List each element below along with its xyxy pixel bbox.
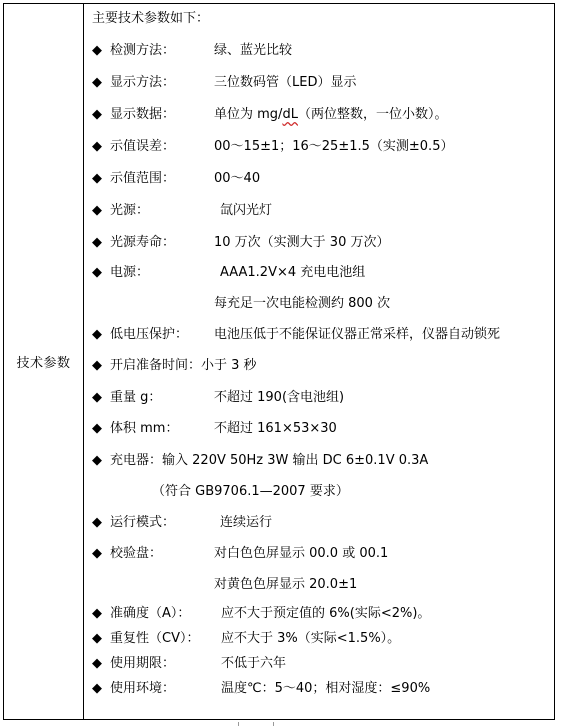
spec-item-volume: ◆体积 mm： 不超过 161×53×30 (92, 419, 178, 439)
spec-value: 三位数码管（LED）显示 (214, 73, 356, 93)
spec-key: 体积 mm： (110, 419, 178, 439)
spec-key: 示值范围： (110, 169, 175, 189)
spec-value: 应不大于预定值的 6%(实际<2%)。 (221, 604, 430, 624)
spec-key: 重复性（CV）： (110, 629, 199, 649)
spec-key: 校验盘： (110, 544, 162, 564)
spec-key: 光源： (110, 201, 149, 221)
spec-value: 电池压低于不能保证仪器正常采样，仪器自动锁死 (214, 325, 500, 345)
spec-item-accuracy: ◆准确度（A）： 应不大于预定值的 6%(实际<2%)。 (92, 604, 190, 624)
spec-value: 输入 220V 50Hz 3W 输出 DC 6±0.1V 0.3A (162, 453, 428, 468)
spec-value: 小于 3 秒 (201, 358, 257, 373)
diamond-bullet-icon: ◆ (92, 73, 110, 93)
spec-key: 准确度（A）： (110, 604, 190, 624)
spec-item-power: ◆电源： AAA1.2V×4 充电电池组 (92, 263, 149, 283)
spec-value: 氙闪光灯 (220, 201, 272, 221)
spec-key: 重量 g： (110, 388, 161, 408)
diamond-bullet-icon: ◆ (92, 41, 110, 61)
spec-item-detection-method: ◆检测方法： 绿、蓝光比较 (92, 41, 175, 61)
spec-key: 运行模式： (110, 513, 175, 533)
spec-continuation: 每充足一次电能检测约 800 次 (214, 294, 390, 314)
spec-item-calibration: ◆校验盘： 对白色色屏显示 00.0 或 00.1 (92, 544, 162, 564)
diamond-bullet-icon: ◆ (92, 388, 110, 408)
intro-text: 主要技术参数如下： (92, 9, 209, 29)
spec-value: 不超过 161×53×30 (214, 419, 337, 439)
spec-value: 应不大于 3%（实际<1.5%）。 (221, 629, 400, 649)
diamond-bullet-icon: ◆ (92, 325, 110, 345)
spec-key: 检测方法： (110, 41, 175, 61)
spec-value: 00～40 (214, 169, 260, 189)
diamond-bullet-icon: ◆ (92, 263, 110, 283)
spec-item-weight: ◆重量 g： 不超过 190(含电池组) (92, 388, 161, 408)
spec-value: 不低于六年 (221, 654, 286, 674)
diamond-bullet-icon: ◆ (92, 604, 110, 624)
spec-item-light-life: ◆光源寿命： 10 万次（实测大于 30 万次） (92, 233, 175, 253)
diamond-bullet-icon: ◆ (92, 356, 110, 376)
spec-value: 连续运行 (220, 513, 272, 533)
diamond-bullet-icon: ◆ (92, 169, 110, 189)
diamond-bullet-icon: ◆ (92, 513, 110, 533)
spec-item-service-life: ◆使用期限： 不低于六年 (92, 654, 175, 674)
spec-value: 温度℃：5～40；相对湿度：≤90% (221, 679, 430, 699)
spec-item-display-data: ◆显示数据： 单位为 mg/dL（两位整数，一位小数）。 (92, 105, 175, 125)
spec-table: 技术参数 主要技术参数如下： ◆检测方法： 绿、蓝光比较 ◆显示方法： 三位数码… (3, 3, 555, 720)
spec-key: 低电压保护： (110, 325, 188, 345)
diamond-bullet-icon: ◆ (92, 233, 110, 253)
spec-item-charger: ◆充电器：输入 220V 50Hz 3W 输出 DC 6±0.1V 0.3A (92, 451, 428, 471)
spec-value: AAA1.2V×4 充电电池组 (220, 263, 365, 283)
row-label: 技术参数 (16, 352, 70, 371)
spec-item-low-voltage: ◆低电压保护： 电池压低于不能保证仪器正常采样，仪器自动锁死 (92, 325, 188, 345)
diamond-bullet-icon: ◆ (92, 629, 110, 649)
diamond-bullet-icon: ◆ (92, 544, 110, 564)
spec-key: 示值误差： (110, 137, 175, 157)
spec-continuation: 对黄色色屏显示 20.0±1 (214, 575, 357, 595)
spec-value: 不超过 190(含电池组) (214, 388, 344, 408)
spec-item-repeatability: ◆重复性（CV）： 应不大于 3%（实际<1.5%）。 (92, 629, 199, 649)
spec-continuation: （符合 GB9706.1—2007 要求） (152, 482, 349, 502)
spec-key: 光源寿命： (110, 233, 175, 253)
spec-item-display-method: ◆显示方法： 三位数码管（LED）显示 (92, 73, 175, 93)
diamond-bullet-icon: ◆ (92, 451, 110, 471)
diamond-bullet-icon: ◆ (92, 654, 110, 674)
spec-key: 充电器： (110, 451, 162, 471)
spec-item-light-source: ◆光源： 氙闪光灯 (92, 201, 149, 221)
spec-key: 显示方法： (110, 73, 175, 93)
spec-item-error: ◆示值误差： 00～15±1；16～25±1.5（实测±0.5） (92, 137, 175, 157)
spec-key: 显示数据： (110, 105, 175, 125)
spec-value: 绿、蓝光比较 (214, 41, 292, 61)
page-edge-artifact (238, 722, 274, 726)
spec-value: 单位为 mg/dL（两位整数，一位小数）。 (214, 105, 447, 125)
diamond-bullet-icon: ◆ (92, 419, 110, 439)
row-label-cell: 技术参数 (4, 4, 84, 719)
spellcheck-flag: dL (282, 107, 298, 122)
diamond-bullet-icon: ◆ (92, 201, 110, 221)
spec-item-startup: ◆开启准备时间：小于 3 秒 (92, 356, 257, 376)
spec-item-environment: ◆使用环境： 温度℃：5～40；相对湿度：≤90% (92, 679, 175, 699)
spec-key: 电源： (110, 263, 149, 283)
spec-key: 使用期限： (110, 654, 175, 674)
diamond-bullet-icon: ◆ (92, 105, 110, 125)
spec-key: 使用环境： (110, 679, 175, 699)
diamond-bullet-icon: ◆ (92, 679, 110, 699)
diamond-bullet-icon: ◆ (92, 137, 110, 157)
spec-item-run-mode: ◆运行模式： 连续运行 (92, 513, 175, 533)
spec-value: 00～15±1；16～25±1.5（实测±0.5） (214, 137, 453, 157)
spec-value: 10 万次（实测大于 30 万次） (214, 233, 389, 253)
spec-content-cell: 主要技术参数如下： ◆检测方法： 绿、蓝光比较 ◆显示方法： 三位数码管（LED… (84, 4, 554, 719)
spec-key: 开启准备时间： (110, 356, 201, 376)
spec-item-range: ◆示值范围： 00～40 (92, 169, 175, 189)
spec-value: 对白色色屏显示 00.0 或 00.1 (214, 544, 388, 564)
